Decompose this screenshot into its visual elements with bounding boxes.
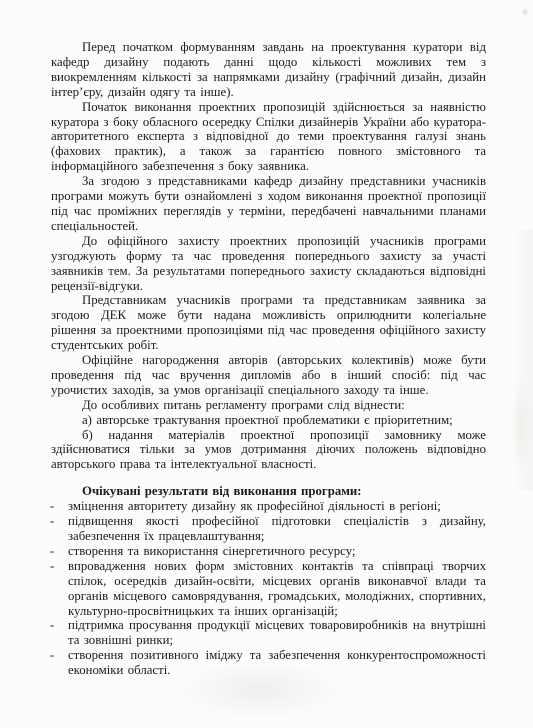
dash-marker: - (48, 559, 68, 574)
dash-marker: - (48, 544, 68, 559)
dash-marker: - (48, 648, 68, 663)
list-item-text: підтримка просування продукції місцевих … (68, 618, 486, 648)
list-item: - створення та використання сінергетично… (48, 544, 486, 559)
list-item: - зміцнення авторитету дизайну як профес… (48, 499, 486, 514)
list-item: - створення позитивного іміджу та забезп… (48, 648, 486, 678)
paragraph-5: Представникам учасників програми та пред… (51, 293, 486, 353)
list-item-text: підвищення якості професійної підготовки… (68, 514, 486, 544)
list-item-text: зміцнення авторитету дизайну як професій… (68, 499, 486, 514)
list-item: - впровадження нових форм змістовних кон… (48, 559, 486, 619)
dash-marker: - (48, 618, 68, 633)
scan-smudge (511, 380, 531, 470)
scan-streak (507, 230, 533, 490)
paragraph-4: До офіційного захисту проектних пропозиц… (51, 234, 486, 294)
document-content: Перед початком формуванням завдань на пр… (51, 40, 486, 678)
dash-marker: - (48, 514, 68, 529)
paragraph-1: Перед початком формуванням завдань на пр… (51, 40, 486, 100)
scan-speck (519, 6, 530, 17)
dash-marker: - (48, 499, 68, 514)
list-item: - підвищення якості професійної підготов… (48, 514, 486, 544)
list-item-text: впровадження нових форм змістовних конта… (68, 559, 486, 619)
section-heading: Очікувані результати від виконання прогр… (51, 484, 486, 499)
document-page: Перед початком формуванням завдань на пр… (0, 0, 533, 728)
results-list: - зміцнення авторитету дизайну як профес… (51, 499, 486, 678)
paragraph-7: До особливих питань регламенту програми … (51, 398, 486, 413)
list-item-text: створення позитивного іміджу та забезпеч… (68, 648, 486, 678)
paragraph-8-item-a: а) авторське трактування проектної пробл… (51, 413, 486, 428)
paragraph-6: Офіційне нагородження авторів (авторськи… (51, 353, 486, 398)
list-item: - підтримка просування продукції місцеви… (48, 618, 486, 648)
paragraph-3: За згодою з представниками кафедр дизайн… (51, 174, 486, 234)
list-item-text: створення та використання сінергетичного… (68, 544, 486, 559)
paragraph-2: Початок виконання проектних пропозицій з… (51, 100, 486, 175)
paragraph-9-item-b: б) надання матеріалів проектної пропозиц… (51, 428, 486, 473)
